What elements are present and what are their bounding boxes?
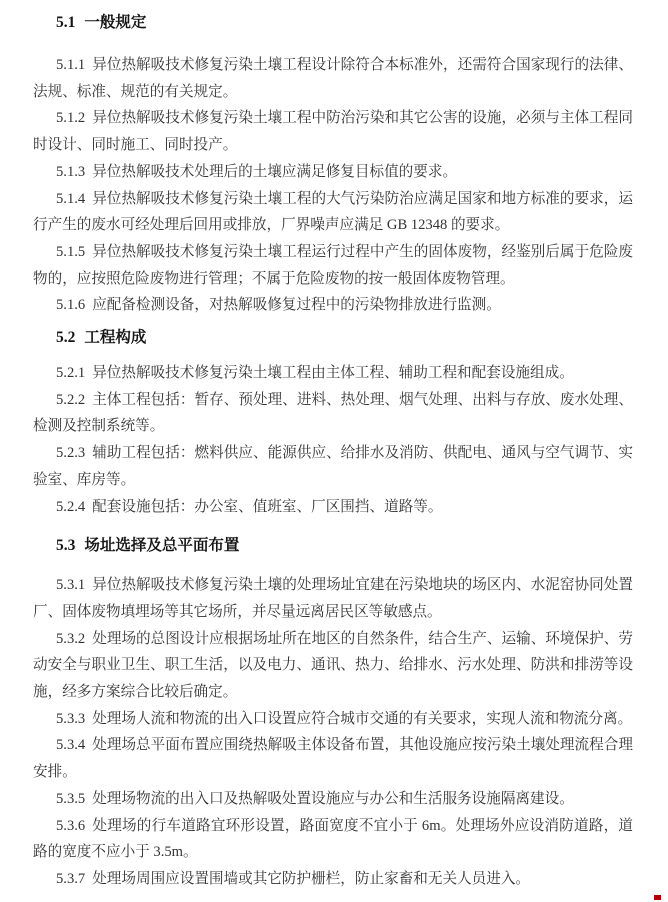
clause-5-3-3: 5.3.3处理场人流和物流的出入口设置应符合城市交通的有关要求，实现人流和物流分… xyxy=(33,706,633,733)
clause-5-1-4: 5.1.4异位热解吸技术修复污染土壤工程的大气污染防治应满足国家和地方标准的要求… xyxy=(33,186,633,239)
clause-number: 5.2.2 xyxy=(56,392,85,408)
clause-5-2-2: 5.2.2主体工程包括：暂存、预处理、进料、热处理、烟气处理、出料与存放、废水处… xyxy=(33,387,633,440)
clause-text: 处理场总平面布置应围绕热解吸主体设备布置，其他设施应按污染土壤处理流程合理安排。 xyxy=(33,737,633,780)
clause-text: 异位热解吸技术修复污染土壤工程中防治污染和其它公害的设施，必须与主体工程同时设计… xyxy=(33,110,633,153)
section-clauses: 5.1.1异位热解吸技术修复污染土壤工程设计除符合本标准外，还需符合国家现行的法… xyxy=(33,52,633,319)
clause-number: 5.3.5 xyxy=(56,791,85,807)
clause-number: 5.3.6 xyxy=(56,818,85,834)
section-5-3: 5.3场址选择及总平面布置 5.3.1异位热解吸技术修复污染土壤的处理场址宜建在… xyxy=(33,535,633,892)
clause-5-3-1: 5.3.1异位热解吸技术修复污染土壤的处理场址宜建在污染地块的场区内、水泥窑协同… xyxy=(33,572,633,625)
red-corner-artifact xyxy=(654,895,661,900)
clause-number: 5.2.4 xyxy=(56,499,85,515)
clause-5-3-2: 5.3.2处理场的总图设计应根据场址所在地区的自然条件，结合生产、运输、环境保护… xyxy=(33,626,633,706)
clause-number: 5.1.6 xyxy=(56,297,85,313)
clause-text: 应配备检测设备，对热解吸修复过程中的污染物排放进行监测。 xyxy=(92,297,501,313)
clause-number: 5.3.4 xyxy=(56,737,85,753)
clause-5-3-7: 5.3.7处理场周围应设置围墙或其它防护栅栏，防止家畜和无关人员进入。 xyxy=(33,866,633,893)
clause-text: 处理场物流的出入口及热解吸处置设施应与办公和生活服务设施隔离建设。 xyxy=(92,791,574,807)
clause-text: 异位热解吸技术修复污染土壤工程运行过程中产生的固体废物，经鉴别后属于危险废物的，… xyxy=(33,244,633,287)
section-title: 一般规定 xyxy=(84,14,146,31)
clause-number: 5.1.4 xyxy=(56,191,85,207)
clause-text: 配套设施包括：办公室、值班室、厂区围挡、道路等。 xyxy=(92,499,442,515)
clause-number: 5.1.1 xyxy=(56,57,85,73)
section-heading-5-3: 5.3场址选择及总平面布置 xyxy=(33,535,633,556)
clause-5-1-6: 5.1.6应配备检测设备，对热解吸修复过程中的污染物排放进行监测。 xyxy=(33,292,633,319)
clause-5-3-5: 5.3.5处理场物流的出入口及热解吸处置设施应与办公和生活服务设施隔离建设。 xyxy=(33,786,633,813)
clause-5-1-5: 5.1.5异位热解吸技术修复污染土壤工程运行过程中产生的固体废物，经鉴别后属于危… xyxy=(33,239,633,292)
section-5-1: 5.1一般规定 5.1.1异位热解吸技术修复污染土壤工程设计除符合本标准外，还需… xyxy=(33,12,633,319)
clause-text: 处理场人流和物流的出入口设置应符合城市交通的有关要求，实现人流和物流分离。 xyxy=(92,711,632,727)
clause-number: 5.1.5 xyxy=(56,244,85,260)
clause-number: 5.3.1 xyxy=(56,577,85,593)
clause-5-3-4: 5.3.4处理场总平面布置应围绕热解吸主体设备布置，其他设施应按污染土壤处理流程… xyxy=(33,732,633,785)
section-5-2: 5.2工程构成 5.2.1异位热解吸技术修复污染土壤工程由主体工程、辅助工程和配… xyxy=(33,327,633,520)
clause-number: 5.1.2 xyxy=(56,110,85,126)
clause-5-1-2: 5.1.2异位热解吸技术修复污染土壤工程中防治污染和其它公害的设施，必须与主体工… xyxy=(33,105,633,158)
standard-document-page: 5.1一般规定 5.1.1异位热解吸技术修复污染土壤工程设计除符合本标准外，还需… xyxy=(0,0,668,902)
clause-5-2-4: 5.2.4配套设施包括：办公室、值班室、厂区围挡、道路等。 xyxy=(33,494,633,521)
section-clauses: 5.3.1异位热解吸技术修复污染土壤的处理场址宜建在污染地块的场区内、水泥窑协同… xyxy=(33,572,633,892)
clause-number: 5.2.3 xyxy=(56,445,85,461)
section-title: 场址选择及总平面布置 xyxy=(84,537,239,554)
section-title: 工程构成 xyxy=(84,329,146,346)
clause-text: 异位热解吸技术修复污染土壤的处理场址宜建在污染地块的场区内、水泥窑协同处置厂、固… xyxy=(33,577,633,620)
clause-text: 异位热解吸技术处理后的土壤应满足修复目标值的要求。 xyxy=(92,164,457,180)
clause-text: 异位热解吸技术修复污染土壤工程由主体工程、辅助工程和配套设施组成。 xyxy=(92,365,574,381)
clause-5-2-3: 5.2.3辅助工程包括：燃料供应、能源供应、给排水及消防、供配电、通风与空气调节… xyxy=(33,440,633,493)
section-number: 5.3 xyxy=(56,537,75,554)
clause-text: 处理场周围应设置围墙或其它防护栅栏，防止家畜和无关人员进入。 xyxy=(92,871,530,887)
clause-text: 处理场的行车道路宜环形设置，路面宽度不宜小于 6m。处理场外应设消防道路，道路的… xyxy=(33,818,633,861)
section-heading-5-1: 5.1一般规定 xyxy=(33,12,633,33)
clause-text: 异位热解吸技术修复污染土壤工程的大气污染防治应满足国家和地方标准的要求，运行产生… xyxy=(33,191,633,234)
clause-text: 辅助工程包括：燃料供应、能源供应、给排水及消防、供配电、通风与空气调节、实验室、… xyxy=(33,445,633,488)
document-content: 5.1一般规定 5.1.1异位热解吸技术修复污染土壤工程设计除符合本标准外，还需… xyxy=(33,12,633,893)
clause-text: 主体工程包括：暂存、预处理、进料、热处理、烟气处理、出料与存放、废水处理、检测及… xyxy=(33,392,633,435)
clause-5-1-3: 5.1.3异位热解吸技术处理后的土壤应满足修复目标值的要求。 xyxy=(33,159,633,186)
clause-number: 5.3.2 xyxy=(56,631,85,647)
clause-number: 5.2.1 xyxy=(56,365,85,381)
clause-5-1-1: 5.1.1异位热解吸技术修复污染土壤工程设计除符合本标准外，还需符合国家现行的法… xyxy=(33,52,633,105)
clause-number: 5.3.3 xyxy=(56,711,85,727)
clause-5-3-6: 5.3.6处理场的行车道路宜环形设置，路面宽度不宜小于 6m。处理场外应设消防道… xyxy=(33,813,633,866)
clause-5-2-1: 5.2.1异位热解吸技术修复污染土壤工程由主体工程、辅助工程和配套设施组成。 xyxy=(33,360,633,387)
section-number: 5.1 xyxy=(56,14,75,31)
section-clauses: 5.2.1异位热解吸技术修复污染土壤工程由主体工程、辅助工程和配套设施组成。 5… xyxy=(33,360,633,520)
clause-text: 异位热解吸技术修复污染土壤工程设计除符合本标准外，还需符合国家现行的法律、法规、… xyxy=(33,57,633,100)
section-heading-5-2: 5.2工程构成 xyxy=(33,327,633,348)
section-number: 5.2 xyxy=(56,329,75,346)
clause-text: 处理场的总图设计应根据场址所在地区的自然条件，结合生产、运输、环境保护、劳动安全… xyxy=(33,631,633,700)
clause-number: 5.1.3 xyxy=(56,164,85,180)
clause-number: 5.3.7 xyxy=(56,871,85,887)
